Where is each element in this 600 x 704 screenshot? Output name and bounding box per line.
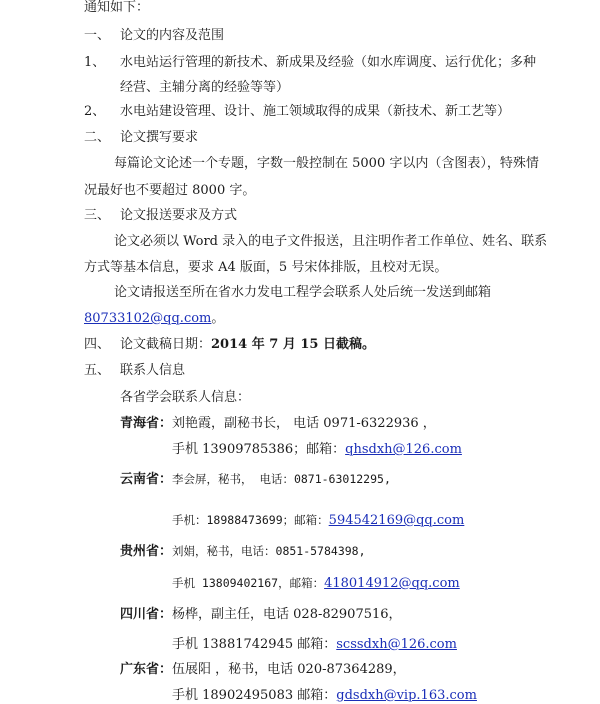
contact-yunnan-mobile: 手机：18988473699；邮箱：594542169@qq.com <box>172 512 464 529</box>
contact-qinghai-mobile: 手机 13909785386；邮箱：qhsdxh@126.com <box>172 442 462 458</box>
submission-email-link[interactable]: 80733102@qq.com <box>84 311 211 326</box>
contact-info: 伍展阳 ，秘书，电话 020-87364289， <box>172 662 406 677</box>
province-name: 四川省： <box>120 607 172 622</box>
contact-sichuan: 四川省：杨桦，副主任，电话 028-82907516， <box>120 607 402 623</box>
contact-info: 杨桦，副主任，电话 028-82907516， <box>172 607 402 622</box>
section-4-line: 论文截稿日期：2014 年 7 月 15 日截稿。 <box>120 337 375 353</box>
section-5-title: 联系人信息 <box>120 363 185 379</box>
contact-guangdong-mobile: 手机 18902495083 邮箱：gdsdxh@vip.163.com <box>172 688 477 704</box>
contact-info: 刘艳霞，副秘书长， 电话 0971-6322936 ， <box>172 416 436 431</box>
contact-qinghai: 青海省：刘艳霞，副秘书长， 电话 0971-6322936 ， <box>120 416 436 432</box>
section-3-number: 三、 <box>84 208 110 224</box>
province-name: 贵州省： <box>120 544 172 559</box>
item-2-line1: 水电站建设管理、设计、施工领域取得的成果（新技术、新工艺等） <box>120 104 510 120</box>
section-5-number: 五、 <box>84 363 110 379</box>
email-link[interactable]: scssdxh@126.com <box>336 637 457 652</box>
section-3-para2-line1: 论文请报送至所在省水力发电工程学会联系人处后统一发送到邮箱 <box>114 285 491 301</box>
email-link[interactable]: 594542169@qq.com <box>329 513 465 528</box>
section-2-para-line1: 每篇论文论述一个专题，字数一般控制在 5000 字以内（含图表），特殊情 <box>114 156 539 172</box>
section-1-title: 论文的内容及范围 <box>120 28 224 44</box>
mobile-text: 手机 13809402167，邮箱： <box>172 576 324 590</box>
section-2-number: 二、 <box>84 130 110 146</box>
deadline-date: 2014 年 7 月 15 日截稿。 <box>211 337 375 352</box>
item-1-number: 1、 <box>84 55 105 71</box>
contact-info: 刘娟，秘书，电话：0851-5784398, <box>172 544 366 558</box>
contact-info: 李会屏，秘书， 电话：0871-63012295, <box>172 472 391 486</box>
contact-sichuan-mobile: 手机 13881742945 邮箱：scssdxh@126.com <box>172 637 457 653</box>
contact-guizhou-mobile: 手机 13809402167，邮箱：418014912@qq.com <box>172 575 460 592</box>
email-link[interactable]: qhsdxh@126.com <box>345 442 462 457</box>
province-name: 云南省： <box>120 472 172 487</box>
intro-text: 通知如下： <box>84 0 149 16</box>
section-3-para1-line1: 论文必须以 Word 录入的电子文件报送，且注明作者工作单位、姓名、联系 <box>114 234 547 250</box>
section-3-para1-line2: 方式等基本信息，要求 A4 版面，5 号宋体排版，且校对无误。 <box>84 260 447 276</box>
section-1-number: 一、 <box>84 28 110 44</box>
province-name: 青海省： <box>120 416 172 431</box>
item-1-line2: 经营、主辅分离的经验等等） <box>120 80 289 96</box>
contact-guangdong: 广东省：伍展阳 ，秘书，电话 020-87364289， <box>120 662 406 678</box>
section-4-number: 四、 <box>84 337 110 353</box>
section-2-para-line2: 况最好也不要超过 8000 字。 <box>84 183 255 199</box>
section-2-title: 论文撰写要求 <box>120 130 198 146</box>
contact-yunnan: 云南省：李会屏，秘书， 电话：0871-63012295, <box>120 471 391 488</box>
item-2-number: 2、 <box>84 104 105 120</box>
contact-guizhou: 贵州省：刘娟，秘书，电话：0851-5784398, <box>120 543 366 560</box>
email-link[interactable]: gdsdxh@vip.163.com <box>336 688 477 703</box>
mobile-text: 手机 18902495083 邮箱： <box>172 688 336 703</box>
deadline-label: 论文截稿日期： <box>120 337 211 352</box>
email-link[interactable]: 418014912@qq.com <box>324 576 460 591</box>
mobile-text: 手机：18988473699；邮箱： <box>172 513 329 527</box>
item-1-line1: 水电站运行管理的新技术、新成果及经验（如水库调度、运行优化；多种 <box>120 55 536 71</box>
province-name: 广东省： <box>120 662 172 677</box>
section-3-title: 论文报送要求及方式 <box>120 208 237 224</box>
period: 。 <box>211 311 224 326</box>
section-3-para2-line2: 80733102@qq.com。 <box>84 311 224 327</box>
mobile-text: 手机 13909785386；邮箱： <box>172 442 345 457</box>
section-5-subtitle: 各省学会联系人信息： <box>120 390 250 406</box>
mobile-text: 手机 13881742945 邮箱： <box>172 637 336 652</box>
